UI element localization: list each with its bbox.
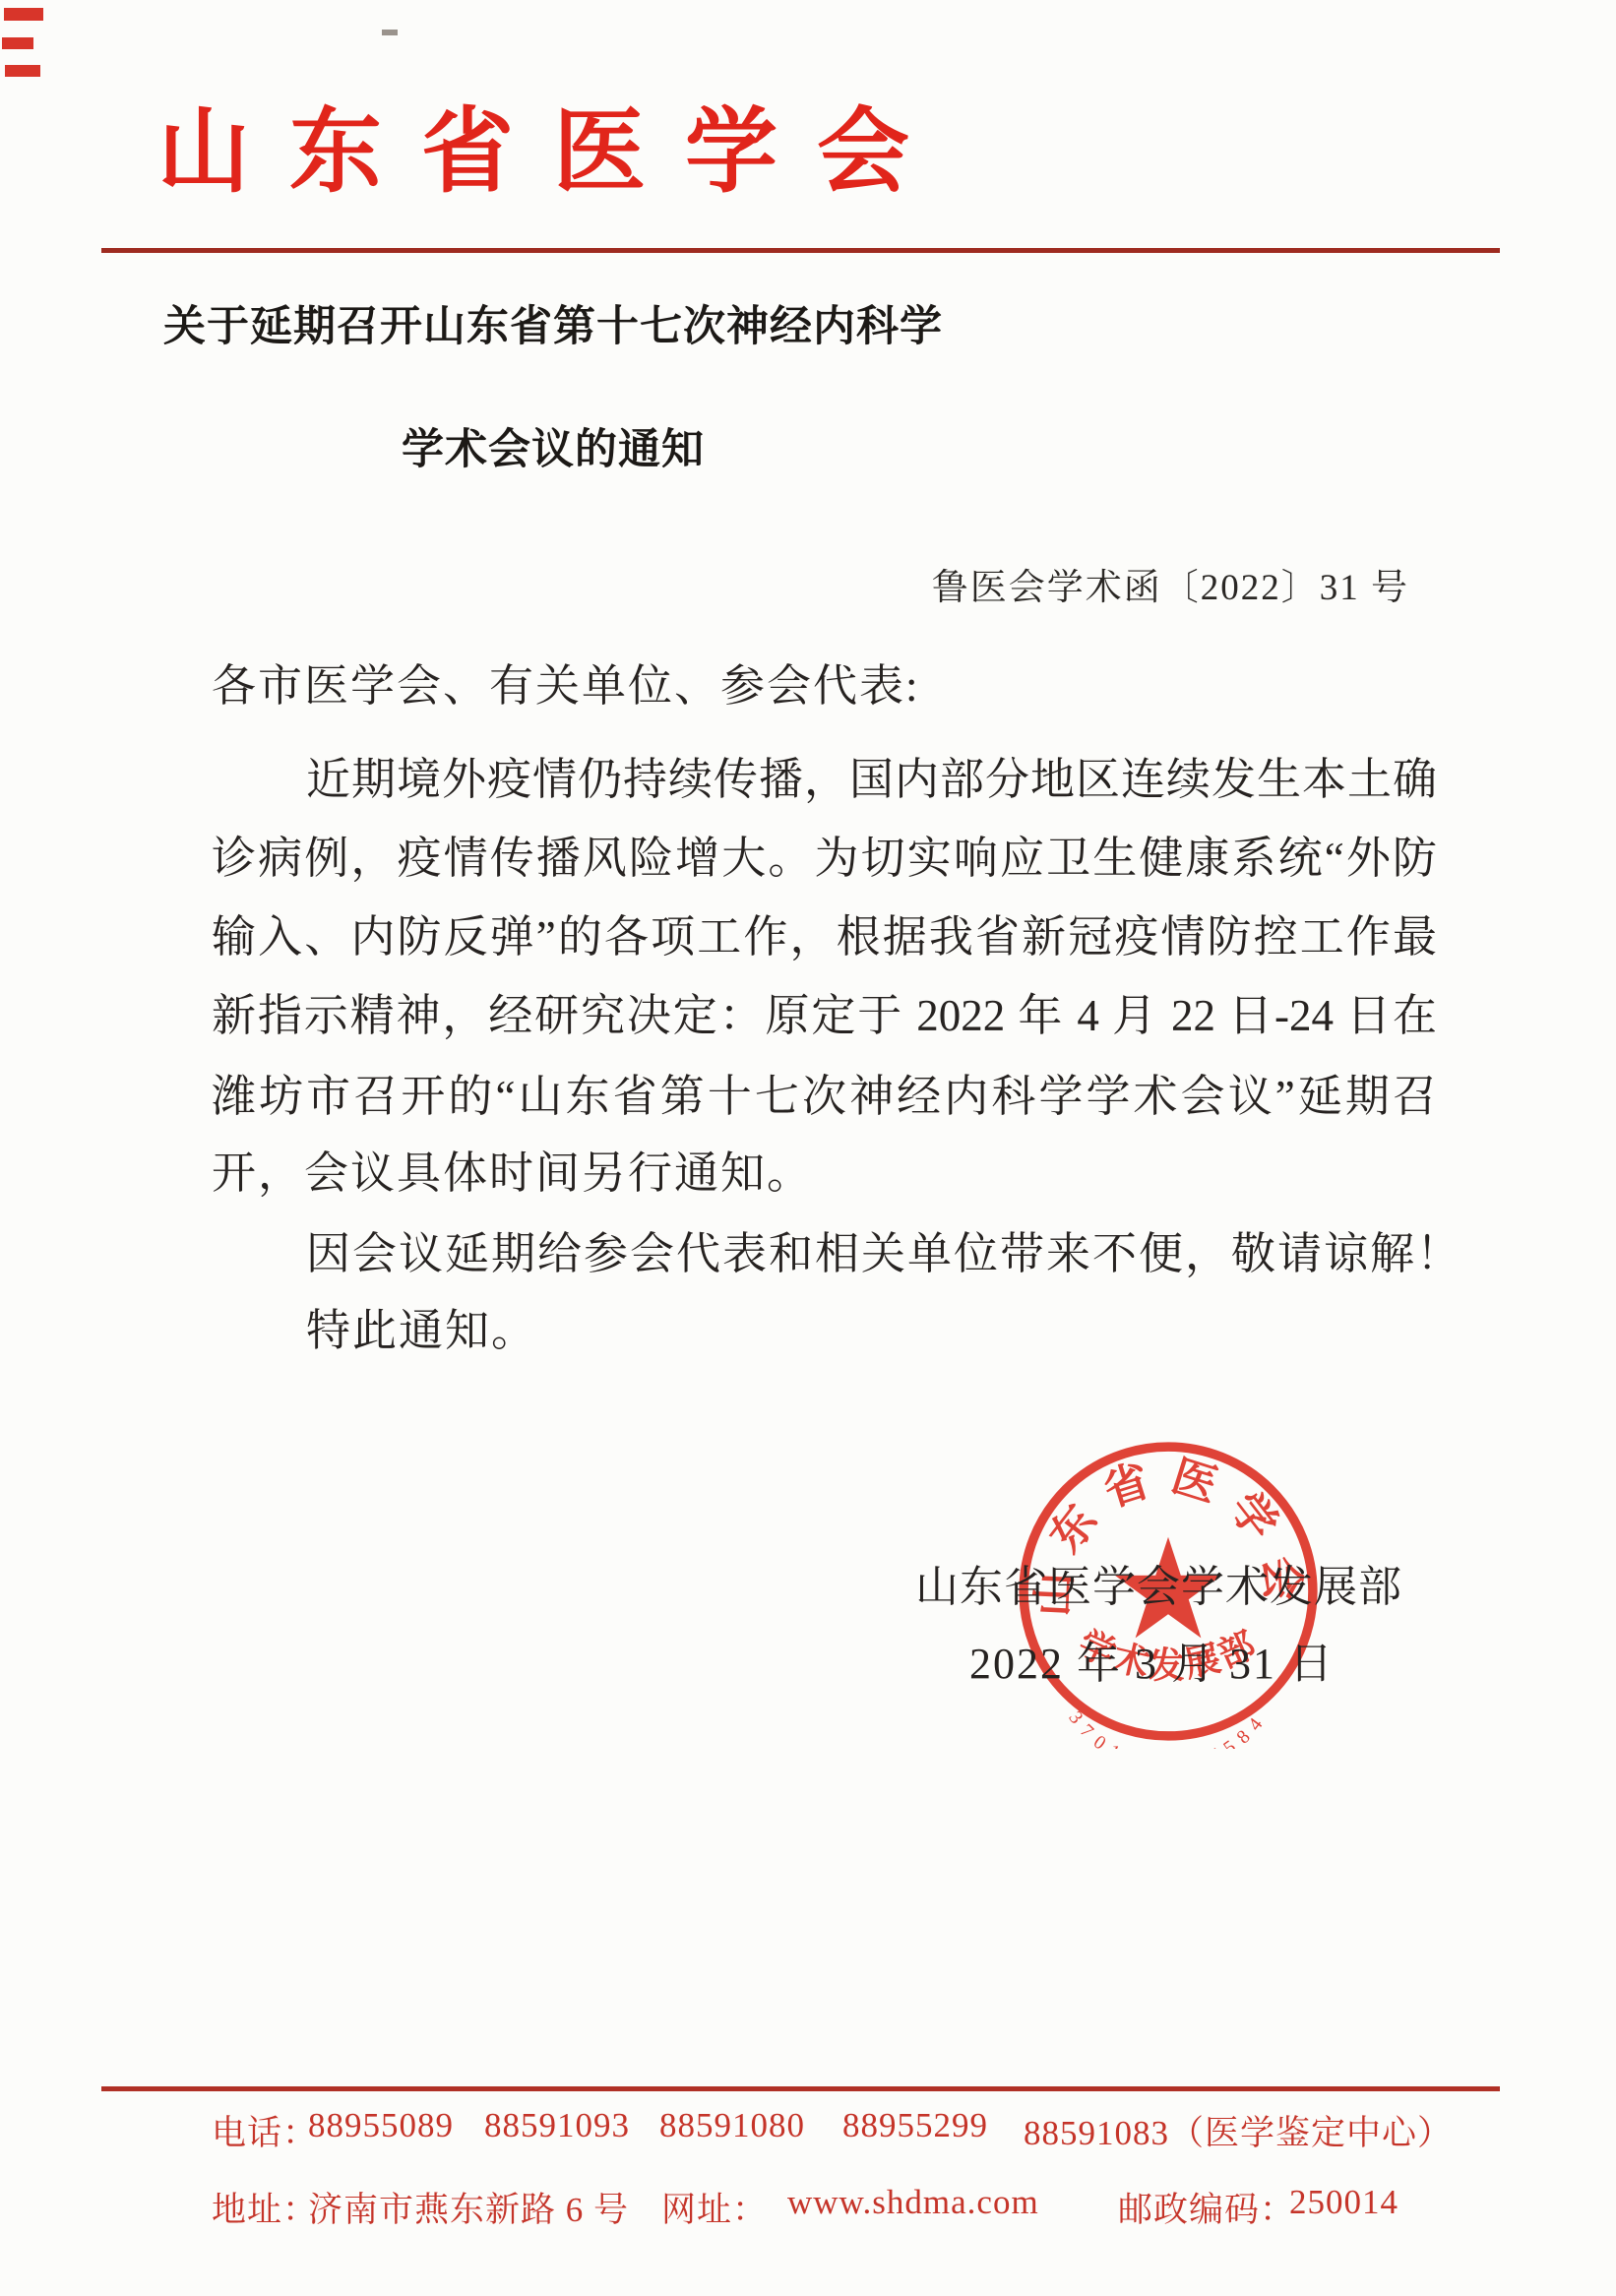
document-title-line1: 关于延期召开山东省第十七次神经内科学: [0, 293, 1106, 353]
footer-address-row: 地址： 济南市燕东新路 6 号 网址： www.shdma.com 邮政编码： …: [0, 2183, 1616, 2242]
reference-number: 鲁医会学术函〔2022〕31 号: [932, 557, 1409, 610]
website-value: www.shdma.com: [787, 2183, 1039, 2222]
signature-date: 2022 年 3 月 31 日: [969, 1628, 1335, 1691]
phone-number: 88955089: [308, 2106, 454, 2145]
document-title-line2: 学术会议的通知: [0, 416, 1106, 476]
letterhead-rule: [101, 248, 1500, 253]
signature-department: 山东省医学会学术发展部: [915, 1551, 1402, 1614]
scan-artifact: [4, 8, 43, 21]
phone-number: 88591083（医学鉴定中心）: [1024, 2106, 1453, 2155]
body-line: 近期境外疫情仍持续传播，国内部分地区连续发生本土确: [306, 751, 1437, 808]
phone-number: 88955299: [842, 2106, 988, 2145]
address-value: 济南市燕东新路 6 号: [308, 2183, 629, 2232]
scan-artifact: [5, 65, 40, 77]
phone-number: 88591093: [484, 2106, 630, 2145]
body-line: 特此通知。: [306, 1302, 537, 1359]
footer-rule: [101, 2086, 1500, 2091]
scanned-notice-document: 山东省医学会 关于延期召开山东省第十七次神经内科学 学术会议的通知 鲁医会学术函…: [0, 0, 1616, 2296]
body-line: 诊病例，疫情传播风险增大。为切实响应卫生健康系统“外防: [212, 830, 1437, 887]
body-line: 潍坊市召开的“山东省第十七次神经内科学学术会议”延期召: [212, 1068, 1437, 1125]
letterhead-org-name: 山东省医学会: [0, 77, 1106, 210]
scan-artifact: [2, 37, 33, 49]
phone-label: 电话：: [212, 2106, 318, 2155]
phone-number: 88591080: [659, 2106, 805, 2145]
body-line: 因会议延期给参会代表和相关单位带来不便，敬请谅解！: [306, 1225, 1462, 1282]
footer-contact-row: 电话： 88955089 88591093 88591080 88955299 …: [0, 2106, 1616, 2165]
body-line: 输入、内防反弹”的各项工作，根据我省新冠疫情防控工作最: [212, 908, 1437, 965]
body-line: 开，会议具体时间另行通知。: [212, 1145, 813, 1202]
body-line: 新指示精神，经研究决定：原定于 2022 年 4 月 22 日-24 日在: [212, 987, 1437, 1044]
scan-artifact: [382, 30, 398, 35]
zip-label: 邮政编码：: [1118, 2183, 1295, 2232]
website-label: 网址：: [661, 2183, 768, 2232]
zip-value: 250014: [1289, 2183, 1398, 2222]
salutation: 各市医学会、有关单位、参会代表:: [212, 657, 920, 714]
address-label: 地址：: [212, 2183, 318, 2232]
